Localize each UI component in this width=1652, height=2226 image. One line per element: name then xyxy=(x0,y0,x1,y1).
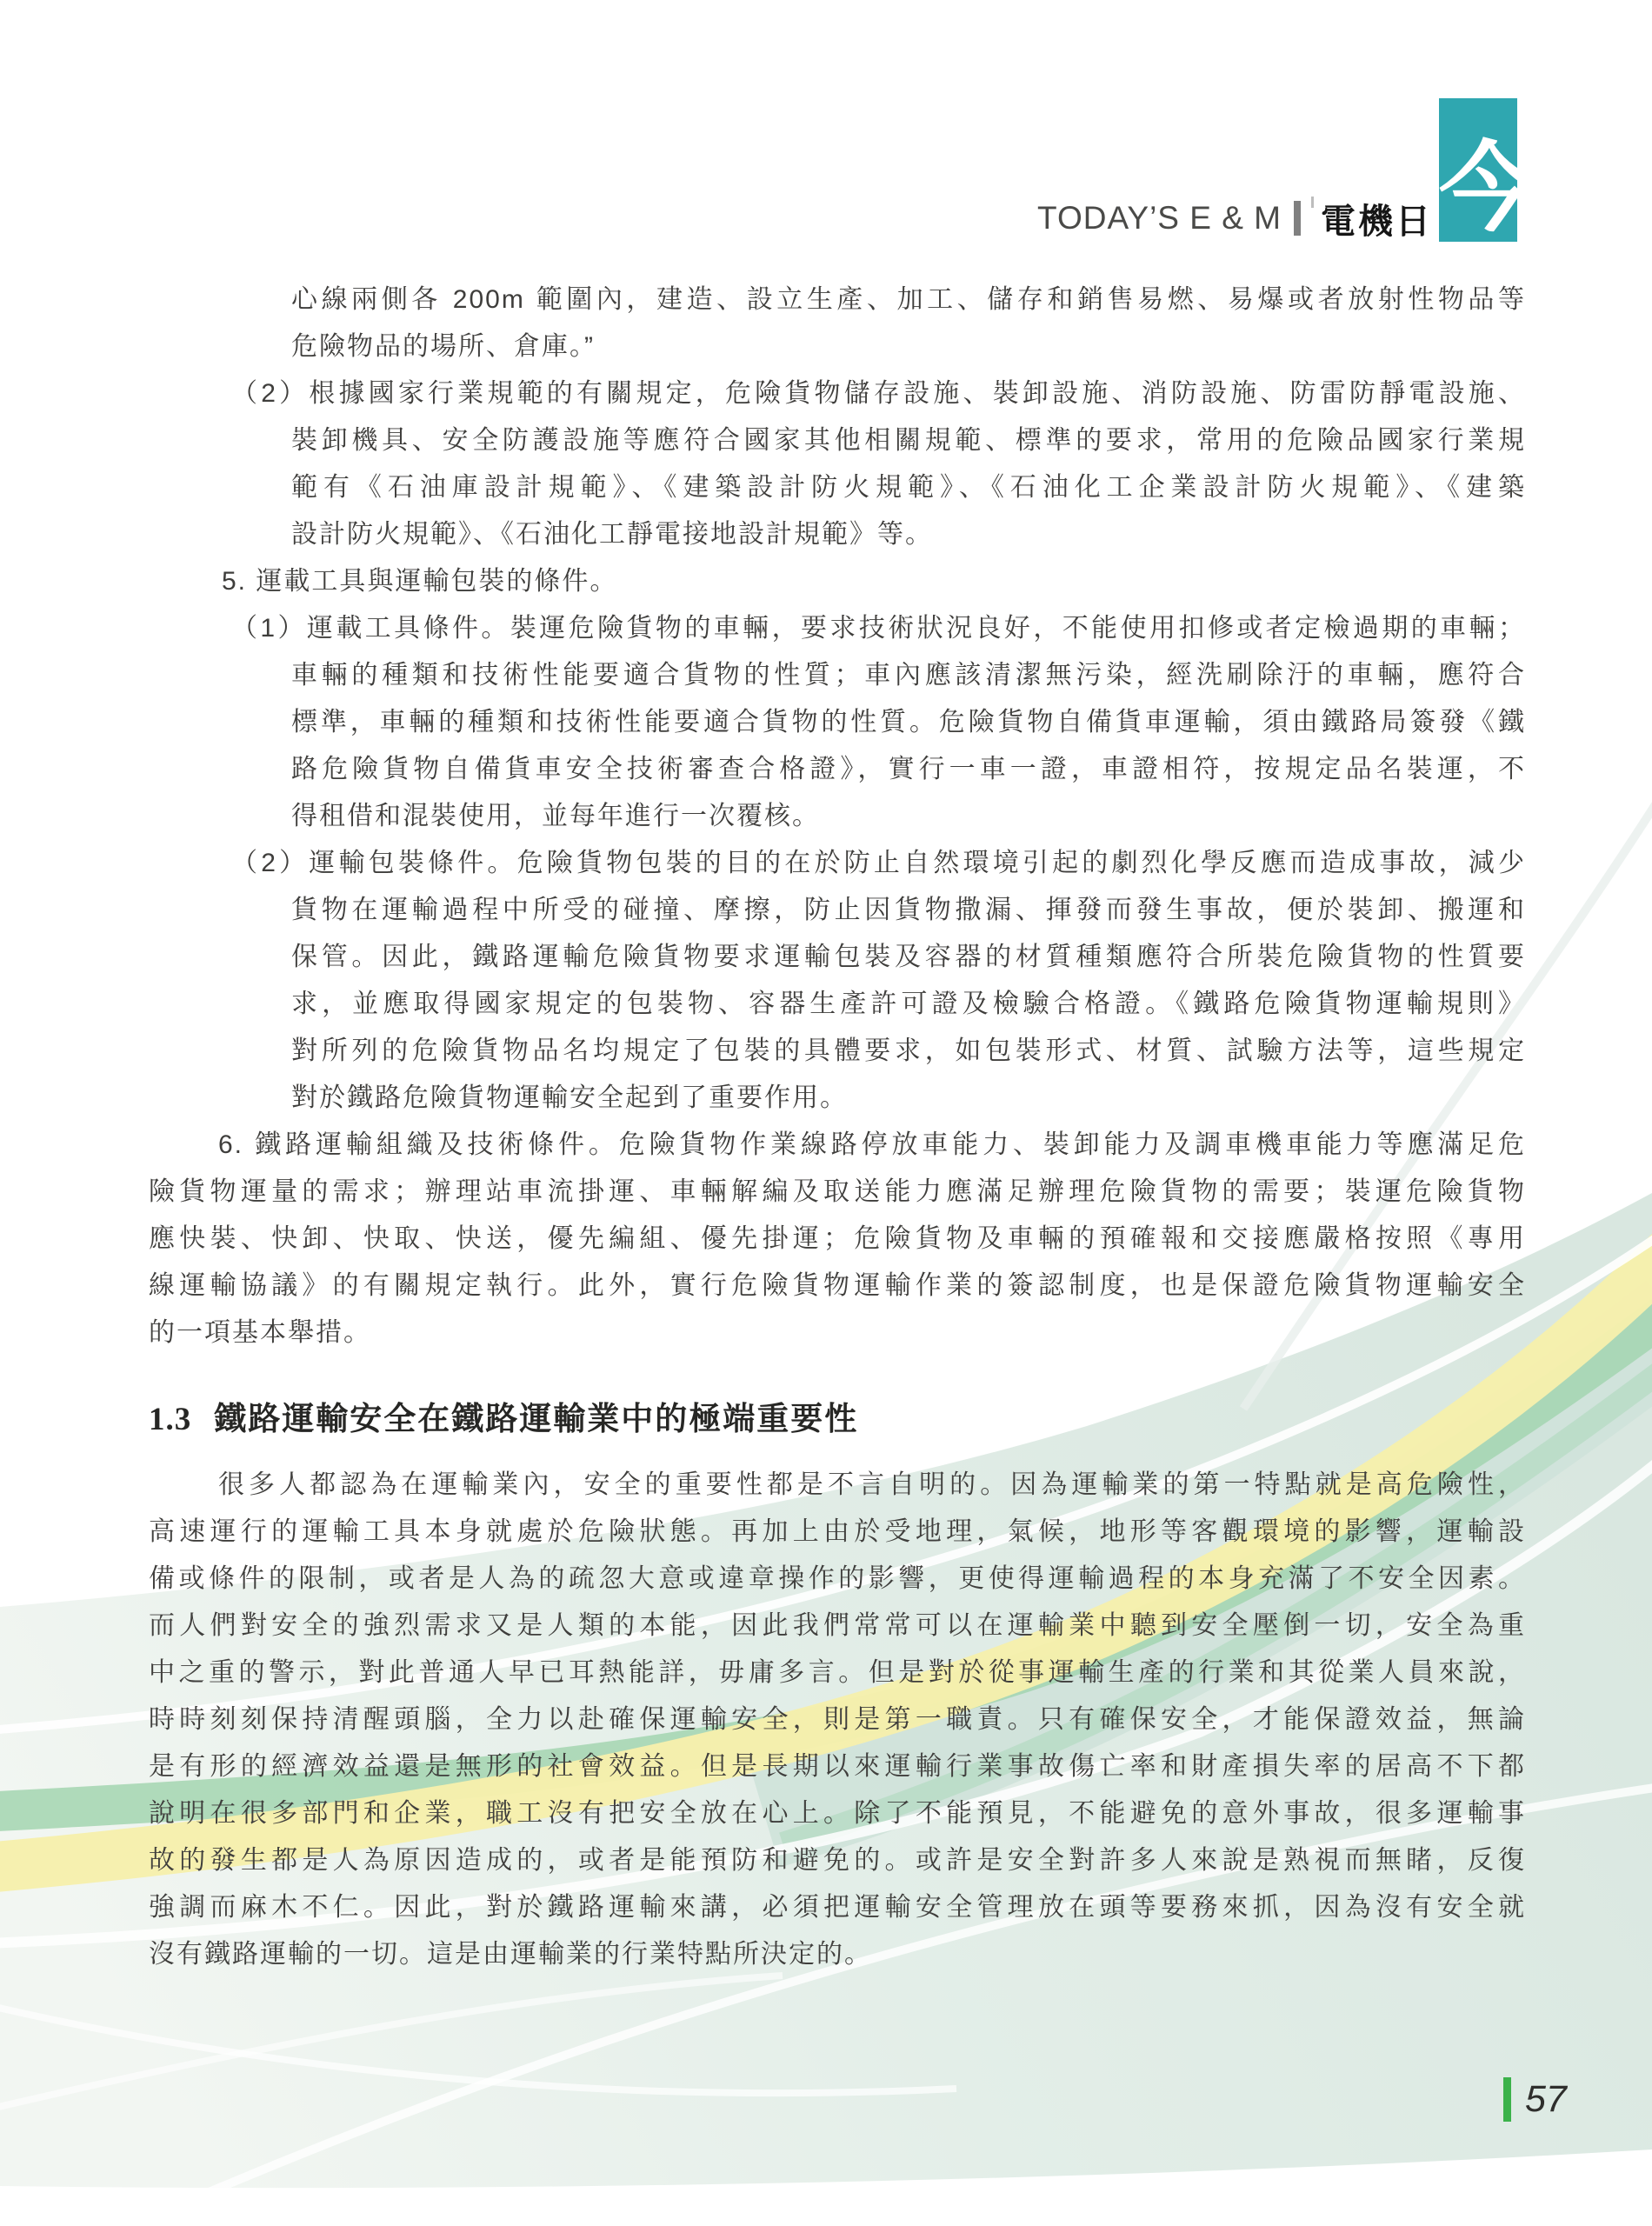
body-line: （1）運載工具條件。裝運危險貨物的車輛，要求技術狀況良好，不能使用扣修或者定檢過… xyxy=(149,605,1526,652)
body-line: 5. 運載工具與運輸包裝的條件。 xyxy=(149,558,1526,605)
body-line: 而人們對安全的強烈需求又是人類的本能，因此我們常常可以在運輸業中聽到安全壓倒一切… xyxy=(149,1603,1526,1650)
body-line: 險貨物運量的需求；辦理站車流掛運、車輛解編及取送能力應滿足辦理危險貨物的需要；裝… xyxy=(149,1169,1526,1216)
body-line: 6. 鐵路運輸組織及技術條件。危險貨物作業線路停放車能力、裝卸能力及調車機車能力… xyxy=(149,1122,1526,1169)
body-text-block-2: 很多人都認為在運輸業內，安全的重要性都是不言自明的。因為運輸業的第一特點就是高危… xyxy=(149,1462,1526,1978)
body-line: 的一項基本舉措。 xyxy=(149,1310,1526,1356)
page-number-bar xyxy=(1503,2077,1511,2122)
body-line: 是有形的經濟效益還是無形的社會效益。但是長期以來運輸行業事故傷亡率和財產損失率的… xyxy=(149,1743,1526,1790)
body-line: 心線兩側各 200m 範圍內，建造、設立生產、加工、儲存和銷售易燃、易爆或者放射… xyxy=(149,277,1526,323)
brand-title-en: TODAY’S E & M xyxy=(1037,200,1282,237)
brand-logo: 今 xyxy=(1439,98,1517,242)
brand-row: TODAY’S E & M 電機日 xyxy=(1037,195,1433,242)
body-line: 說明在很多部門和企業，職工沒有把安全放在心上。除了不能預見，不能避免的意外事故，… xyxy=(149,1790,1526,1837)
body-line: 路危險貨物自備貨車安全技術審查合格證》，實行一車一證，車證相符，按規定品名裝運，… xyxy=(149,746,1526,793)
body-line: 中之重的警示，對此普通人早已耳熱能詳，毋庸多言。但是對於從事運輸生產的行業和其從… xyxy=(149,1650,1526,1696)
body-line: 車輛的種類和技術性能要適合貨物的性質；車內應該清潔無污染，經洗刷除汙的車輛，應符… xyxy=(149,652,1526,699)
body-line: 保管。因此，鐵路運輸危險貨物要求運輸包裝及容器的材質種類應符合所裝危險貨物的性質… xyxy=(149,934,1526,981)
page-number: 57 xyxy=(1525,2077,1567,2122)
body-line: 應快裝、快卸、快取、快送，優先編組、優先掛運；危險貨物及車輛的預確報和交接應嚴格… xyxy=(149,1216,1526,1263)
brand-mark xyxy=(1311,197,1314,208)
body-line: 備或條件的限制，或者是人為的疏忽大意或違章操作的影響，更使得運輸過程的本身充滿了… xyxy=(149,1556,1526,1603)
body-line: （2）根據國家行業規範的有關規定，危險貨物儲存設施、裝卸設施、消防設施、防雷防靜… xyxy=(149,370,1526,417)
brand-title-cjk: 電機日 xyxy=(1321,194,1433,243)
brand-divider xyxy=(1294,201,1301,236)
logo-glyph: 今 xyxy=(1439,141,1517,238)
body-line: 故的發生都是人為原因造成的，或者是能預防和避免的。或許是安全對許多人來說是熟視而… xyxy=(149,1837,1526,1884)
body-line: 得租借和混裝使用，並每年進行一次覆核。 xyxy=(149,793,1526,840)
body-line: 線運輸協議》的有關規定執行。此外，實行危險貨物運輸作業的簽認制度，也是保證危險貨… xyxy=(149,1263,1526,1310)
section-heading: 1.3鐵路運輸安全在鐵路運輸業中的極端重要性 xyxy=(149,1396,1526,1443)
body-line: 強調而麻木不仁。因此，對於鐵路運輸來講，必須把運輸安全管理放在頭等要務來抓，因為… xyxy=(149,1884,1526,1931)
body-line: 時時刻刻保持清醒頭腦，全力以赴確保運輸安全，則是第一職責。只有確保安全，才能保證… xyxy=(149,1696,1526,1743)
document-page: TODAY’S E & M 電機日 今 心線兩側各 200m 範圍內，建造、設立… xyxy=(0,0,1652,2226)
section-number: 1.3 xyxy=(149,1402,191,1437)
body-line: 設計防火規範》、《石油化工靜電接地設計規範》等。 xyxy=(149,511,1526,558)
section-title: 鐵路運輸安全在鐵路運輸業中的極端重要性 xyxy=(214,1402,858,1437)
body-line: 高速運行的運輸工具本身就處於危險狀態。再加上由於受地理，氣候，地形等客觀環境的影… xyxy=(149,1509,1526,1556)
body-line: 很多人都認為在運輸業內，安全的重要性都是不言自明的。因為運輸業的第一特點就是高危… xyxy=(149,1462,1526,1509)
body-line: 危險物品的場所、倉庫。” xyxy=(149,323,1526,370)
body-line: （2）運輸包裝條件。危險貨物包裝的目的在於防止自然環境引起的劇烈化學反應而造成事… xyxy=(149,840,1526,887)
body-text-block-1: 心線兩側各 200m 範圍內，建造、設立生產、加工、儲存和銷售易燃、易爆或者放射… xyxy=(149,277,1526,1356)
body-line: 對於鐵路危險貨物運輸安全起到了重要作用。 xyxy=(149,1075,1526,1122)
body-line: 標準，車輛的種類和技術性能要適合貨物的性質。危險貨物自備貨車運輸，須由鐵路局簽發… xyxy=(149,699,1526,746)
body-line: 對所列的危險貨物品名均規定了包裝的具體要求，如包裝形式、材質、試驗方法等，這些規… xyxy=(149,1028,1526,1075)
body-line: 裝卸機具、安全防護設施等應符合國家其他相關規範、標準的要求，常用的危險品國家行業… xyxy=(149,417,1526,464)
body-line: 範有《石油庫設計規範》、《建築設計防火規範》、《石油化工企業設計防火規範》、《建… xyxy=(149,464,1526,511)
body-line: 貨物在運輸過程中所受的碰撞、摩擦，防止因貨物撒漏、揮發而發生事故，便於裝卸、搬運… xyxy=(149,887,1526,934)
body-line: 求，並應取得國家規定的包裝物、容器生產許可證及檢驗合格證。《鐵路危險貨物運輸規則… xyxy=(149,981,1526,1028)
body-line: 沒有鐵路運輸的一切。這是由運輸業的行業特點所決定的。 xyxy=(149,1931,1526,1978)
